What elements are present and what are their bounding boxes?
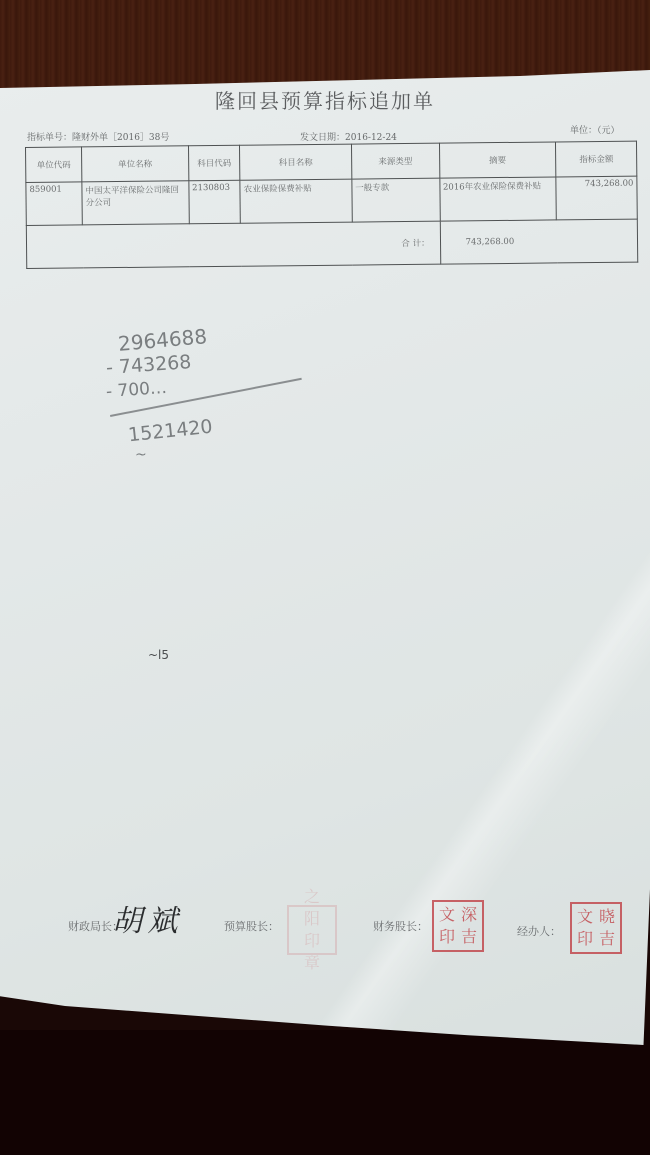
budget-chief-stamp: 之阳印章: [287, 905, 337, 955]
cell-unit-name: 中国太平洋保险公司隆回分公司: [82, 181, 189, 225]
header-subject-code: 科目代码: [188, 145, 240, 181]
handler-label: 经办人：: [517, 923, 561, 939]
stamp-char: 深: [458, 904, 480, 926]
stamp-char: 阳: [301, 908, 323, 930]
dark-background: [0, 1030, 650, 1155]
header-source-type: 来源类型: [351, 143, 439, 179]
finance-chief-stamp: 文深印吉: [432, 900, 484, 952]
issue-date-label: 发文日期：: [300, 133, 345, 143]
stamp-char: 章: [301, 952, 323, 974]
stamp-char: 印: [301, 930, 323, 952]
stamp-char: 晓: [596, 906, 618, 928]
stamp-char: 文: [436, 904, 458, 926]
budget-chief-label: 预算股长：: [224, 918, 279, 934]
director-signature: 胡 斌: [112, 896, 176, 940]
issue-date-value: 2016-12-24: [345, 133, 397, 143]
handler-stamp: 文晓印吉: [570, 902, 622, 954]
handwritten-underline: ~: [135, 447, 147, 463]
currency-unit: 单位：（元）: [570, 123, 620, 136]
issue-date: 发文日期：2016-12-24: [300, 130, 397, 143]
total-label: 合 计：: [26, 221, 440, 268]
stamp-char: 之: [301, 886, 323, 908]
header-subject-name: 科目名称: [240, 144, 352, 180]
header-amount: 指标金额: [556, 141, 637, 177]
stamp-char: 文: [574, 906, 596, 928]
handwritten-number-3: - 700…: [105, 378, 167, 402]
table-row: 859001 中国太平洋保险公司隆回分公司 2130803 农业保险保费补贴 一…: [26, 176, 637, 225]
cell-subject-name: 农业保险保费补贴: [240, 179, 352, 223]
stamp-char: 印: [436, 926, 458, 948]
document-title: 隆回县预算指标追加单: [0, 85, 650, 114]
total-value: 743,268.00: [440, 219, 638, 264]
cell-summary: 2016年农业保险保费补贴: [439, 177, 556, 221]
cell-amount: 743,268.00: [556, 176, 637, 220]
document-number: 指标单号：隆财外单［2016］38号: [27, 130, 169, 143]
header-unit-name: 单位名称: [82, 146, 189, 182]
handwritten-mark: ~l5: [148, 648, 169, 662]
table-total-row: 合 计： 743,268.00: [26, 219, 637, 268]
stamp-char: 印: [574, 928, 596, 950]
budget-table: 单位代码 单位名称 科目代码 科目名称 来源类型 摘要 指标金额 859001 …: [25, 141, 638, 269]
finance-chief-label: 财务股长：: [373, 918, 428, 934]
cell-subject-code: 2130803: [189, 180, 241, 224]
header-unit-code: 单位代码: [26, 147, 82, 183]
stamp-char: 吉: [596, 928, 618, 950]
cell-source-type: 一般专款: [352, 178, 440, 222]
document-number-label: 指标单号：: [27, 133, 72, 143]
header-summary: 摘要: [439, 142, 556, 178]
document-number-value: 隆财外单［2016］38号: [72, 133, 169, 143]
cell-unit-code: 859001: [26, 182, 82, 226]
stamp-char: 吉: [458, 926, 480, 948]
